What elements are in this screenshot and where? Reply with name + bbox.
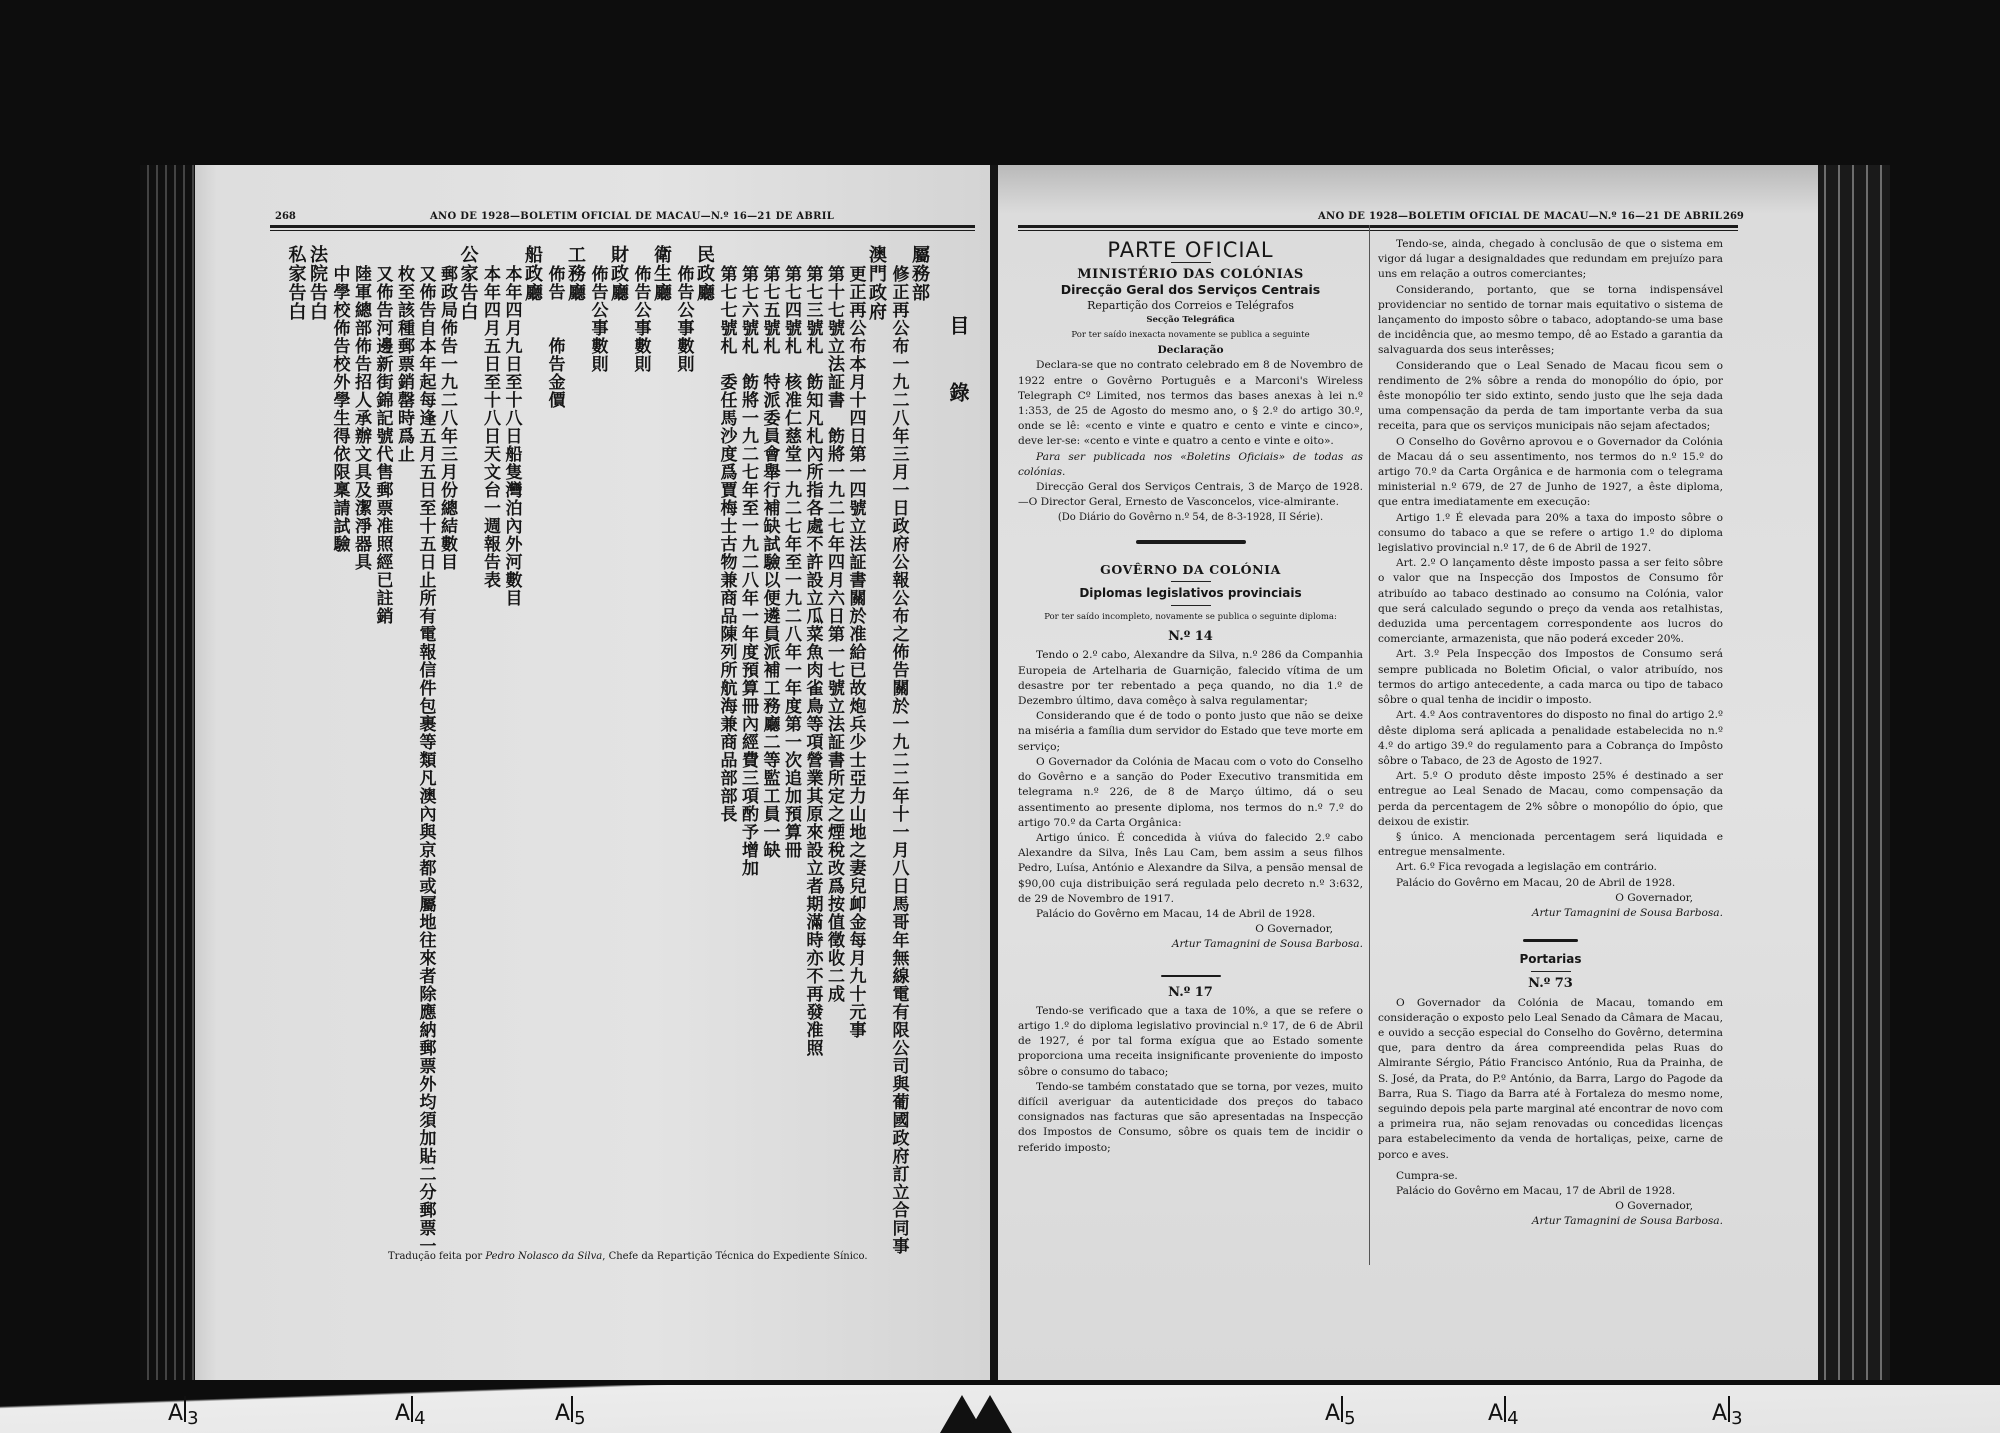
contents-entry: 本年四月九日至十八日船隻灣泊內外河數目 — [502, 265, 521, 607]
n17-continuation: Tendo-se, ainda, chegado à conclusão de … — [1378, 237, 1723, 891]
governo-heading: GOVÊRNO DA COLÓNIA — [1018, 562, 1363, 577]
paragraph: Considerando que é de todo o ponto justo… — [1018, 709, 1363, 755]
column-separator — [1369, 225, 1370, 1265]
paragraph: Art. 3.º Pela Inspecção dos Impostos de … — [1378, 647, 1723, 708]
contents-section-heading: 公家告白 — [459, 245, 478, 321]
paragraph: Tendo-se, ainda, chegado à conclusão de … — [1378, 237, 1723, 283]
left-page: 268 ANO DE 1928—BOLETIM OFICIAL DE MACAU… — [140, 165, 995, 1380]
incompleto-note: Por ter saído incompleto, novamente se p… — [1018, 610, 1363, 625]
contents-section-heading: 法院告白 — [308, 245, 327, 321]
film-frame-marker: A4 — [395, 1396, 426, 1426]
diario-reference: (Do Diário do Govêrno n.º 54, de 8-3-192… — [1018, 510, 1363, 525]
contents-entry: 第七四號札 核准仁慈堂一九二七年至一九二八年一年度第一次追加預算冊 — [781, 265, 800, 859]
n17-signature-title: O Governador, — [1378, 891, 1723, 906]
section-divider — [1523, 939, 1578, 942]
ministerio-heading: MINISTÉRIO DAS COLÓNIAS — [1018, 267, 1363, 282]
contents-section-heading: 民政廳 — [695, 245, 714, 302]
marker-letter: A — [1488, 1401, 1503, 1426]
translation-suffix: , Chefe da Repartição Técnica do Expedie… — [602, 1251, 867, 1262]
contents-entry: 佈告公事數則 — [674, 265, 693, 373]
marker-bar — [1728, 1396, 1730, 1422]
book-edge-right — [1818, 165, 1890, 1380]
marker-bar — [184, 1396, 186, 1422]
marker-number: 4 — [1507, 1408, 1518, 1429]
marker-bar — [1504, 1396, 1506, 1422]
marker-number: 5 — [574, 1408, 585, 1429]
contents-entry: 本年四月五日至十八日天文台一週報告表 — [480, 265, 499, 589]
n73-signature-name: Artur Tamagnini de Sousa Barbosa. — [1378, 1214, 1723, 1229]
paragraph: Tendo o 2.º cabo, Alexandre da Silva, n.… — [1018, 648, 1363, 709]
contents-entry: 第七三號札 飭知凡札內所指各處不許設立瓜菜魚肉雀鳥等項營業其原來設立者期滿時亦不… — [803, 265, 822, 1057]
contents-section-heading: 屬務部 — [910, 245, 929, 302]
running-head-right: ANO DE 1928—BOLETIM OFICIAL DE MACAU—N.º… — [1318, 211, 1722, 222]
paragraph: Considerando que o Leal Senado de Macau … — [1378, 359, 1723, 435]
header-rule-right — [1018, 225, 1738, 228]
film-frame-marker: A5 — [1325, 1396, 1356, 1426]
contents-entry: 中學校佈告校外學生得依限稟請試驗 — [330, 265, 349, 553]
paragraph: Artigo único. É concedida à viúva do fal… — [1018, 831, 1363, 907]
running-head-left: ANO DE 1928—BOLETIM OFICIAL DE MACAU—N.º… — [430, 211, 834, 222]
paragraph: Palácio do Govêrno em Macau, 20 de Abril… — [1378, 876, 1723, 891]
header-rule-right-thin — [1018, 230, 1738, 231]
contents-section-heading: 工務廳 — [566, 245, 585, 302]
paragraph: Art. 2.º O lançamento dêste imposto pass… — [1378, 556, 1723, 647]
cumpra-se: Cumpra-se. — [1378, 1169, 1723, 1184]
n17-signature-name: Artur Tamagnini de Sousa Barbosa. — [1378, 906, 1723, 921]
n14-signature-title: O Governador, — [1018, 922, 1363, 937]
short-rule — [1171, 262, 1211, 263]
paragraph: Tendo-se verificado que a taxa de 10%, a… — [1018, 1004, 1363, 1080]
contents-section-heading: 財政廳 — [609, 245, 628, 302]
contents-entry: 佈告 佈告金價 — [545, 265, 564, 409]
parte-oficial-heading: PARTE OFICIAL — [1018, 243, 1363, 258]
marker-bar — [571, 1396, 573, 1422]
page-number-left: 268 — [275, 211, 296, 222]
marker-bar — [1341, 1396, 1343, 1422]
marker-number: 4 — [414, 1408, 425, 1429]
n17-body: Tendo-se verificado que a taxa de 10%, a… — [1018, 1004, 1363, 1156]
film-frame-marker: A5 — [555, 1396, 586, 1426]
marker-letter: A — [1325, 1401, 1340, 1426]
marker-letter: A — [168, 1401, 183, 1426]
seccao-heading: Secção Telegráfica — [1018, 313, 1363, 328]
header-rule-left — [270, 225, 975, 228]
para-ser-publicada: Para ser publicada nos «Boletins Oficiai… — [1018, 450, 1363, 480]
paragraph: Considerando, portanto, que se torna ind… — [1378, 283, 1723, 359]
header-rule-left-thin — [270, 230, 975, 231]
contents-entry: 第七五號札 特派委員會舉行補缺試驗以便遴員派補工務廳二等監工員一缺 — [760, 265, 779, 859]
contents-entry: 第十七號立法証書 飭將一九二七年四月六日第一七號立法証書所定之煙稅改爲按值徵收二… — [824, 265, 843, 1003]
contents-entry: 佈告公事數則 — [631, 265, 650, 373]
reparticao-heading: Repartição dos Correios e Telégrafos — [1018, 298, 1363, 313]
direccao-date: Direcção Geral dos Serviços Centrais, 3 … — [1018, 480, 1363, 510]
contents-section-heading: 澳門政府 — [867, 245, 886, 321]
contents-entry: 又佈告自本年起每逢五月五日至十五日止所有電報信件包裹等類凡澳內與京都或屬地往來者… — [416, 265, 435, 1255]
marker-letter: A — [1712, 1401, 1727, 1426]
n14-signature-name: Artur Tamagnini de Sousa Barbosa. — [1018, 937, 1363, 952]
contents-entry: 更正再公布本月十四日第一四號立法証書關於准給已故炮兵少士亞力山地之妻兒卹金每月九… — [846, 265, 865, 1039]
marker-bar — [411, 1396, 413, 1422]
n17-title: N.º 17 — [1018, 985, 1363, 1000]
paragraph: O Conselho do Govêrno aprovou e o Govern… — [1378, 435, 1723, 511]
contents-entry: 第七七號札 委任馬沙度爲賈梅士古物兼商品陳列所航海兼商品部部長 — [717, 265, 736, 823]
contents-section-heading: 衛生廳 — [652, 245, 671, 302]
film-frame-marker: A4 — [1488, 1396, 1519, 1426]
paragraph: O Governador da Colónia de Macau com o v… — [1018, 755, 1363, 831]
short-rule — [1171, 605, 1211, 606]
book-spread: 268 ANO DE 1928—BOLETIM OFICIAL DE MACAU… — [140, 165, 1890, 1380]
marker-number: 3 — [187, 1408, 198, 1429]
n14-body: Tendo o 2.º cabo, Alexandre da Silva, n.… — [1018, 648, 1363, 922]
paragraph: Art. 6.º Fica revogada a legislação em c… — [1378, 860, 1723, 875]
marker-letter: A — [555, 1401, 570, 1426]
film-frame-marker: A3 — [1712, 1396, 1743, 1426]
paragraph: § único. A mencionada percentagem será l… — [1378, 830, 1723, 860]
contents-section-heading: 船政廳 — [523, 245, 542, 302]
short-rule — [1171, 581, 1211, 582]
contents-title: 目 錄 — [948, 315, 967, 422]
contents-entry: 第七六號札 飭將一九二七年至一九二八年一年度預算冊內經費三項酌予增加 — [738, 265, 757, 877]
n73-title: N.º 73 — [1378, 976, 1723, 991]
direccao-heading: Direcção Geral dos Serviços Centrais — [1018, 282, 1363, 297]
diplomas-heading: Diplomas legislativos provinciais — [1018, 586, 1363, 601]
contents-entry: 佈告公事數則 — [588, 265, 607, 373]
translation-prefix: Tradução feita por — [388, 1251, 485, 1262]
right-column-2: Tendo-se, ainda, chegado à conclusão de … — [1378, 237, 1723, 1230]
n14-title: N.º 14 — [1018, 629, 1363, 644]
portarias-heading: Portarias — [1378, 952, 1723, 967]
right-page: ANO DE 1928—BOLETIM OFICIAL DE MACAU—N.º… — [998, 165, 1818, 1380]
paragraph: Art. 5.º O produto dêste imposto 25% é d… — [1378, 769, 1723, 830]
contents-entry: 又佈告河邊新街錦記號代售郵票准照經已註銷 — [373, 265, 392, 625]
short-rule — [1531, 971, 1571, 972]
n73-signature-title: O Governador, — [1378, 1199, 1723, 1214]
marker-letter: A — [395, 1401, 410, 1426]
marker-number: 5 — [1344, 1408, 1355, 1429]
film-frame-marker: A3 — [168, 1396, 199, 1426]
paragraph: Artigo 1.º É elevada para 20% a taxa do … — [1378, 511, 1723, 557]
paragraph: Art. 4.º Aos contraventores do disposto … — [1378, 708, 1723, 769]
marker-number: 3 — [1731, 1408, 1742, 1429]
declaracao-text: Declara-se que no contrato celebrado em … — [1018, 358, 1363, 449]
section-divider — [1161, 975, 1221, 977]
contents-entry: 郵政局佈告一九二八年三月份總結數目 — [437, 265, 456, 571]
contents-entry: 修正再公布一九二八年三月一日政府公報公布之佈告關於一九二二年十一月八日馬哥年無線… — [889, 265, 908, 1255]
contents-section-heading: 私家告白 — [287, 245, 306, 321]
inexacta-note: Por ter saído inexacta novamente se publ… — [1018, 328, 1363, 343]
paragraph: Tendo-se também constatado que se torna,… — [1018, 1080, 1363, 1156]
translator-name: Pedro Nolasco da Silva — [485, 1251, 602, 1262]
translation-note: Tradução feita por Pedro Nolasco da Silv… — [388, 1251, 868, 1262]
center-triangle-right-icon — [968, 1395, 1012, 1433]
book-edge-left — [140, 165, 195, 1380]
section-divider — [1136, 540, 1246, 544]
contents-entry: 陸軍總部佈告招人承辦文具及潔淨器具 — [351, 265, 370, 571]
n73-date: Palácio do Govêrno em Macau, 17 de Abril… — [1378, 1184, 1723, 1199]
page-number-right: 269 — [1723, 211, 1744, 222]
declaracao-title: Declaração — [1018, 343, 1363, 358]
n73-text: O Governador da Colónia de Macau, tomand… — [1378, 996, 1723, 1163]
contents-entry: 枚至該種郵票銷罄時爲止 — [394, 265, 413, 463]
right-column-1: PARTE OFICIAL MINISTÉRIO DAS COLÓNIAS Di… — [1018, 237, 1363, 1156]
paragraph: Palácio do Govêrno em Macau, 14 de Abril… — [1018, 907, 1363, 922]
